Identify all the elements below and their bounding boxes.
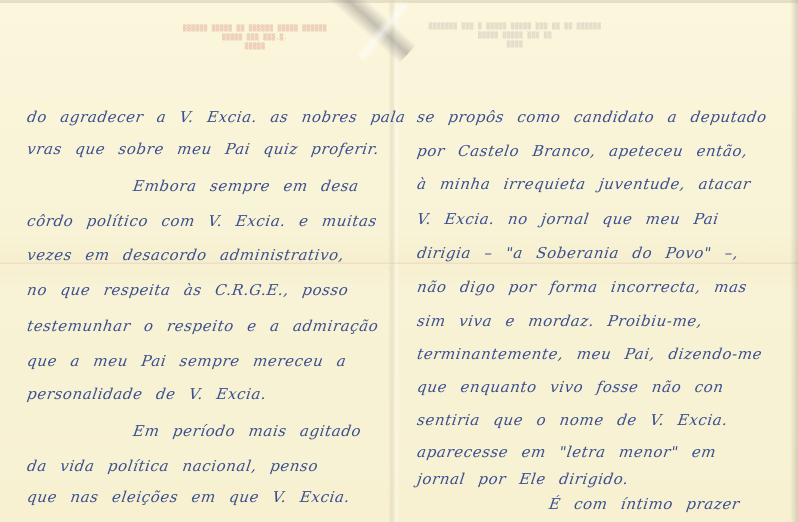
handwritten-line: É com íntimo prazer: [548, 495, 741, 513]
handwritten-line: que a meu Pai sempre mereceu a: [26, 352, 348, 370]
handwritten-line: aparecesse em "letra menor" em: [416, 443, 717, 461]
handwritten-line: terminantemente, meu Pai, dizendo-me: [416, 345, 763, 363]
handwritten-line: Embora sempre em desa: [132, 177, 360, 195]
handwritten-line: sentiria que o nome de V. Excia.: [416, 411, 729, 429]
right-page: se propôs como candidato a deputado por …: [398, 0, 798, 522]
left-page: do agradecer a V. Excia. as nobres pala …: [0, 0, 398, 522]
handwritten-line: personalidade de V. Excia.: [26, 385, 268, 403]
handwritten-line: vras que sobre meu Pai quiz proferir.: [26, 140, 381, 158]
handwritten-line: da vida política nacional, penso: [26, 457, 319, 475]
handwritten-line: côrdo político com V. Excia. e muitas: [26, 212, 378, 230]
handwritten-line: vezes em desacordo administrativo,: [26, 246, 345, 264]
handwritten-line: Em período mais agitado: [132, 422, 363, 440]
handwritten-line: à minha irrequieta juventude, atacar: [416, 175, 752, 193]
handwritten-line: testemunhar o respeito e a admiração: [26, 317, 380, 335]
handwritten-line: sim viva e mordaz. Proibiu-me,: [416, 312, 704, 330]
handwritten-line: do agradecer a V. Excia. as nobres pala: [26, 108, 407, 126]
handwritten-line: não digo por forma incorrecta, mas: [416, 278, 748, 296]
handwritten-line: por Castelo Branco, apeteceu então,: [416, 142, 749, 160]
handwritten-line: se propôs como candidato a deputado: [416, 108, 768, 126]
handwritten-line: V. Excia. no jornal que meu Pai: [416, 210, 720, 228]
handwritten-line: que enquanto vivo fosse não con: [416, 378, 725, 396]
handwritten-line: que nas eleições em que V. Excia.: [26, 488, 351, 506]
handwritten-line: dirigia – "a Soberania do Povo" –,: [416, 244, 740, 262]
letter-scan: ▒▒▒▒▒▒ ▒▒▒▒▒ ▒▒ ▒▒▒▒▒▒ ▒▒▒▒▒ ▒▒▒▒▒▒ ▒▒▒▒…: [0, 0, 798, 522]
handwritten-line: no que respeita às C.R.G.E., posso: [26, 281, 350, 299]
handwritten-line: jornal por Ele dirigido.: [416, 470, 630, 488]
